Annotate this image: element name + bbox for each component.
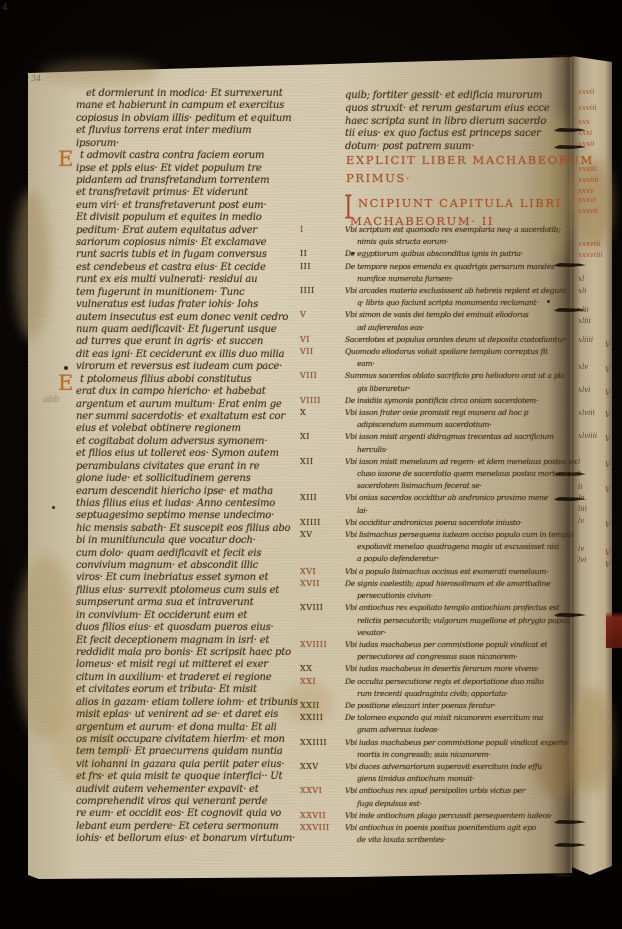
capitulum-text: Vbi scriptum est quomodo rex exemplaria … <box>345 224 572 248</box>
capitulum-numeral: I <box>300 224 345 236</box>
capitulum-text: De insidiis symonis pontificis circa oni… <box>345 395 572 407</box>
manuscript-line: vit iohanni in gazara quia periit pater … <box>76 759 318 771</box>
capitulum-text: Vbi inde antiochum plaga percussit perse… <box>345 810 572 822</box>
capitulum-text: Vbi iudas machabeus in desertis ferarum … <box>345 663 572 675</box>
capitulum-text: Quomodo eliodorus voluit spoliare templu… <box>345 346 572 370</box>
capitulum-row: XXVIIVbi inde antiochum plaga percussit … <box>300 810 572 822</box>
capitulum-text: Summus sacerdos oblato sacrificio pro he… <box>345 370 572 394</box>
capitulum-text: Vbi antiochus rex expoliato templo antio… <box>345 602 572 639</box>
manuscript-line: bi in munitiuncula que vocatur doch· <box>76 535 318 547</box>
manuscript-line: tem templi· Et praecurrens quidam nuntia <box>76 746 318 758</box>
fore-edge-numeral: xlviii <box>578 409 595 417</box>
fore-edge-numeral: xxvii <box>578 88 594 96</box>
capitulum-numeral: V <box>300 309 345 321</box>
capitulum-row: XVbi iason frater onie promisit regi mun… <box>300 407 572 431</box>
capitulum-line: q· libris quo faciunt scripta monumenta … <box>345 297 572 309</box>
capitulum-numeral: XI <box>300 431 345 443</box>
capitulum-row: XXIDe occulta persecutione regis et depo… <box>300 676 572 700</box>
capitulum-line: Vbi antiochus in poenis positus poeniten… <box>345 822 572 834</box>
capitulum-line: Vbi iudas machabeus in desertis ferarum … <box>345 663 572 675</box>
manuscript-line: duos filios eius· et quosdam pueros eius… <box>76 622 318 634</box>
capitulum-line: expoliavit menelao quadragena magis ut e… <box>345 541 573 553</box>
fore-edge-glyph: V <box>605 560 610 569</box>
capitulum-line: Quomodo eliodorus voluit spoliare templu… <box>345 346 572 358</box>
capitulum-line: De occulta persecutione regis et deporta… <box>345 676 572 688</box>
manuscript-photo: 4 34 abb et dormierunt in modica· Et sur… <box>0 0 622 929</box>
manuscript-line: est cendebeus et castra eius· Et cecide <box>76 262 318 274</box>
capitulum-row: VISacerdotes et populus orantes deum ut … <box>300 334 572 346</box>
capitulum-line: De positione eleazari inter poenas ferat… <box>345 700 572 712</box>
capitulum-numeral: VII <box>300 346 345 358</box>
capitulum-numeral: XIII <box>300 492 345 504</box>
capitulum-row: XXVbi iudas machabeus in desertis feraru… <box>300 663 572 675</box>
capitulum-row: XXVVbi duces adversariorum superavit exe… <box>300 761 572 785</box>
capitulum-row: VVbi simon de vasis dei templo dei eminu… <box>300 309 572 333</box>
capitulum-line: adipiscendum summum sacerdotium· <box>345 419 572 431</box>
capitulum-text: De egyptiorum quibus absconditus ignis i… <box>345 248 572 260</box>
capitulum-line: Vbi a populo lisimachus occisus est exon… <box>345 566 572 578</box>
fore-edge-numeral: lii <box>578 494 585 502</box>
fore-edge-numeral: l <box>578 458 580 466</box>
capitulum-numeral: XXVIII <box>300 822 345 834</box>
fore-edge-glyph: V <box>605 460 610 469</box>
fore-edge-numeral: xli <box>578 287 586 295</box>
text-column-left: et dormierunt in modica· Et surrexeruntm… <box>76 88 318 846</box>
fore-edge-numeral: xlviiii <box>578 432 597 440</box>
manuscript-line: Et fecit deceptionem magnam in isrl· et <box>76 635 318 647</box>
capitulum-text: Vbi iudas machabeus per commixtione popu… <box>345 639 572 663</box>
capitulum-row: XXIIIDe tolomeo expando qui misit nicano… <box>300 712 572 736</box>
folio-number: 34 <box>31 74 41 83</box>
manuscript-line: num quam aedificavit· Et fugerunt usque <box>76 324 318 336</box>
manuscript-line: argentum et aurum multum· Erat enim ge <box>76 399 318 411</box>
capitulum-row: IVbi scriptum est quomodo rex exemplaria… <box>300 224 572 248</box>
capitula-list: IVbi scriptum est quomodo rex exemplaria… <box>300 224 572 846</box>
capitulum-numeral: XVII <box>300 578 345 590</box>
capitulum-line: Summus sacerdos oblato sacrificio pro he… <box>345 370 572 382</box>
capitulum-numeral: XXIIII <box>300 737 345 749</box>
capitulum-line: cluso iasone de sacerdotio quem menelaus… <box>345 468 580 480</box>
manuscript-line: mane et habierunt in campum et exercitus <box>76 100 318 112</box>
capitulum-row: XIIIIVbi occiditur andronicus poena sace… <box>300 517 572 529</box>
margin-note: abb <box>43 395 59 405</box>
capitulum-line: eam· <box>345 358 572 370</box>
capitulum-line: Vbi antiochus rex apud persipolim urbis … <box>345 785 572 797</box>
manuscript-line: eum viri· et transfretaverunt post eum· <box>76 200 318 212</box>
capitulum-line: nimis quis structa eorum· <box>345 236 572 248</box>
manuscript-line: quib; fortiter gessit· et edificia muror… <box>345 90 569 103</box>
fore-edge-glyph: V <box>605 434 610 443</box>
manuscript-line: perambulans civitates que erant in re <box>76 461 318 473</box>
manuscript-line: Et divisit populum et equites in medio <box>76 212 318 224</box>
capitulum-text: Sacerdotes et populus orantes deum ut de… <box>345 334 572 346</box>
capitulum-numeral: XVI <box>300 566 345 578</box>
fore-edge-numeral: xxxvi <box>578 196 596 204</box>
fore-edge-numeral: xxx <box>578 118 590 126</box>
manuscript-line: copiosus in obviam illis· peditum et equ… <box>76 113 318 125</box>
capitulum-row: XXIIDe positione eleazari inter poenas f… <box>300 700 572 712</box>
manuscript-line: in convivium· Et occiderunt eum et <box>76 610 318 622</box>
capitulum-line: Vbi occiditur andronicus poena sacerdote… <box>345 517 572 529</box>
fore-edge-numeral: xxxvii <box>578 207 598 215</box>
capitulum-line: numfice numerata furnem· <box>345 273 572 285</box>
manuscript-line: et transfretavit primus· Et viderunt <box>76 187 318 199</box>
capitulum-line: Vbi iudas machabeus per commixtione popu… <box>345 737 572 749</box>
capitulum-row: XVIIDe signis caelestib; apud hierosolim… <box>300 578 572 602</box>
capitulum-line: de vita laxata scribentes· <box>345 834 572 846</box>
capitulum-numeral: III <box>300 261 345 273</box>
fore-edge-numeral: xlvi <box>578 386 590 394</box>
fore-edge-glyph: V <box>605 520 610 529</box>
manuscript-line: ad turres que erant in agris· et succen <box>76 336 318 348</box>
fore-edge-numeral: xliii <box>578 317 591 325</box>
manuscript-line: dit eas igni· Et ceciderunt ex illis duo… <box>76 349 318 361</box>
manuscript-line: erat dux in campo hiericho· et habebat <box>76 386 318 398</box>
manuscript-line: et fluvius torrens erat inter medium <box>76 125 318 137</box>
capitulum-text: Vbi iason frater onie promisit regi mune… <box>345 407 572 431</box>
capitulum-text: Vbi lisimachus persequens iudeam occiso … <box>345 529 573 566</box>
manuscript-line: tem fugerunt in munitionem· Tunc <box>76 287 318 299</box>
capitulum-text: Vbi antiochus in poenis positus poeniten… <box>345 822 572 846</box>
capitulum-line: Vbi iason misit argenti didragmas trecen… <box>345 431 572 443</box>
capitulum-numeral: XIIII <box>300 517 345 529</box>
capitulum-row: IIIIVbi arcades materia exclusissent ab … <box>300 285 572 309</box>
manuscript-line: ipsorum· <box>76 138 318 150</box>
capitulum-text: Vbi duces adversariorum superavit exerci… <box>345 761 572 785</box>
capitulum-line: gnam adversus iudeos· <box>345 724 572 736</box>
manuscript-line: haec scripta sunt in libro dierum sacerd… <box>345 116 569 129</box>
fore-edge-glyph: V <box>605 410 610 419</box>
ink-speck <box>52 506 55 509</box>
capitulum-numeral: XXII <box>300 700 345 712</box>
capitulum-line: Vbi onias sacerdos occiditur ab andronic… <box>345 492 572 504</box>
capitulum-line: lai· <box>345 505 572 517</box>
capitulum-numeral: XXVII <box>300 810 345 822</box>
capitulum-numeral: X <box>300 407 345 419</box>
capitulum-line: sacerdotem lisimachum fecerat se· <box>345 480 580 492</box>
manuscript-line: t admovit castra contra faciem eorum <box>76 150 318 162</box>
capitulum-row: XXVIVbi antiochus rex apud persipolim ur… <box>300 785 572 809</box>
capitulum-numeral: VIII <box>300 370 345 382</box>
capitulum-line: Vbi iason frater onie promisit regi mune… <box>345 407 572 419</box>
manuscript-line: et frs· et quia misit te quoque interfic… <box>76 771 318 783</box>
fore-edge-glyph: V <box>605 548 610 557</box>
capitulum-numeral: VI <box>300 334 345 346</box>
manuscript-line: hic mensis sabath· Et suscepit eos filiu… <box>76 523 318 535</box>
capitulum-text: De positione eleazari inter poenas ferat… <box>345 700 572 712</box>
capitulum-line: ad auferendas eas· <box>345 322 572 334</box>
capitulum-row: XVIIIIVbi iudas machabeus per commixtion… <box>300 639 572 663</box>
fore-edge-numeral: xxxi <box>578 129 592 137</box>
manuscript-line: et dormierunt in modica· Et surrexerunt <box>76 88 318 100</box>
capitulum-numeral: XII <box>300 456 345 468</box>
manuscript-line: septuagesimo septimo mense undecimo· <box>76 510 318 522</box>
capitulum-line: persecutionis civium· <box>345 590 572 602</box>
fore-edge-numeral: lvi <box>578 556 586 564</box>
capitulum-line: De insidiis symonis pontificis circa oni… <box>345 395 572 407</box>
capitulum-line: De signis caelestib; apud hierosolimam e… <box>345 578 572 590</box>
manuscript-line: runt ex eis multi vulnerati· residui au <box>76 274 318 286</box>
rubric-explicit-line1: EXPLICIT LIBER MACHABEORUM <box>346 153 594 167</box>
rubric-incipit-line1: NCIPIUNT CAPITULA LIBRI <box>358 196 562 210</box>
manuscript-line: et cogitabat dolum adversus symonem· <box>76 436 318 448</box>
fore-edge-numeral: liii <box>578 505 587 513</box>
manuscript-line: lomeus· et misit regi ut mitteret ei exe… <box>76 659 318 671</box>
capitulum-numeral: XV <box>300 529 345 541</box>
fore-edge-numerals: xxviixxviiixxxxxxixxxiixxxiiixxxiiiixxxv… <box>572 0 622 929</box>
fore-edge-numeral: xxxviii <box>578 240 601 248</box>
manuscript-line: iohis· et bellorum eius· et bonarum virt… <box>76 833 318 845</box>
manuscript-line: re eum· et occidit eos· Et cognovit quia… <box>76 808 318 820</box>
capitulum-text: Vbi a populo lisimachus occisus est exon… <box>345 566 572 578</box>
capitulum-line: relictis persecutorib; vulgorum magellon… <box>345 615 572 627</box>
manuscript-line: argentum et aurum· et dona multa· Et ali <box>76 722 318 734</box>
fore-edge-numeral: xxxv <box>578 187 594 195</box>
manuscript-line: convivium magnum· et abscondit illic <box>76 560 318 572</box>
ink-speck <box>64 366 68 370</box>
capitulum-text: Vbi iudas machabeus per commixtione popu… <box>345 737 572 761</box>
manuscript-line: os misit occupare civitatem hierlm· et m… <box>76 734 318 746</box>
capitulum-numeral: IIII <box>300 285 345 297</box>
capitulum-line: a populo defenderetur· <box>345 553 573 565</box>
capitulum-row: XIVbi iason misit argenti didragmas trec… <box>300 431 572 455</box>
capitulum-row: XIIVbi iason misit menelaum ad regem· et… <box>300 456 572 493</box>
fore-edge-glyph: V <box>605 340 610 349</box>
capitulum-line: Vbi arcades materia exclusissent ab hebr… <box>345 285 572 297</box>
manuscript-line: sumpserunt arma sua et intraverunt <box>76 597 318 609</box>
capitulum-text: De signis caelestib; apud hierosolimam e… <box>345 578 572 602</box>
capitulum-line: Vbi simon de vasis dei templo dei eminui… <box>345 309 572 321</box>
capitulum-row: XXVIIIVbi antiochus in poenis positus po… <box>300 822 572 846</box>
capitulum-row: XVVbi lisimachus persequens iudeam occis… <box>300 529 572 566</box>
capitulum-text: Vbi onias sacerdos occiditur ab andronic… <box>345 492 572 516</box>
fore-edge-numeral: xl <box>578 275 584 283</box>
manuscript-line: pidantem ad transfretandum torrentem <box>76 175 318 187</box>
capitulum-line: Vbi duces adversariorum superavit exerci… <box>345 761 572 773</box>
manuscript-line: audivit autem vehementer expavit· et <box>76 784 318 796</box>
manuscript-line: gione iude· et sollicitudinem gerens <box>76 473 318 485</box>
manuscript-line: thias filius eius et iudas· Anno centesi… <box>76 498 318 510</box>
manuscript-line: earum descendit hiericho ipse· et matha <box>76 486 318 498</box>
manuscript-line: autem insecutus est eum donec venit cedr… <box>76 312 318 324</box>
capitulum-line: mortis in congressib; suis nicanorem· <box>345 749 572 761</box>
capitulum-numeral: XVIII <box>300 602 345 614</box>
fore-edge-numeral: xxxiiii <box>578 176 599 184</box>
capitulum-line: Vbi iudas machabeus per commixtione popu… <box>345 639 572 651</box>
capitulum-text: Vbi antiochus rex apud persipolim urbis … <box>345 785 572 809</box>
capitulum-text: Vbi arcades materia exclusissent ab hebr… <box>345 285 572 309</box>
drop-cap-initial: E <box>58 147 76 171</box>
capitulum-text: Vbi iason misit menelaum ad regem· et id… <box>345 456 580 493</box>
capitulum-row: VIIIIDe insidiis symonis pontificis circ… <box>300 395 572 407</box>
fore-edge-numeral: li <box>578 483 582 491</box>
manuscript-line: alios in gazam· etiam tollere iohm· et t… <box>76 697 318 709</box>
capitulum-line: fuga depulsus est· <box>345 798 572 810</box>
capitulum-numeral: XXIII <box>300 712 345 724</box>
manuscript-line: t ptolomeus filius abobi constitutus <box>76 374 318 386</box>
capitulum-text: Vbi occiditur andronicus poena sacerdote… <box>345 517 572 529</box>
rubric-explicit-line2: PRIMUS· <box>346 171 411 185</box>
text-column-right-continuation: quib; fortiter gessit· et edificia muror… <box>345 90 569 154</box>
capitulum-numeral: XVIIII <box>300 639 345 651</box>
capitulum-line: De tempore nepos emenda ex quadrigis per… <box>345 261 572 273</box>
manuscript-line: ipse et ppls eius· Et videt populum tre <box>76 163 318 175</box>
manuscript-line: eius et volebat obtinere regionem <box>76 423 318 435</box>
manuscript-line: quos struxit· et rerum gestarum eius ecc… <box>345 103 569 116</box>
manuscript-line: ner summi sacerdotis· et exaltatum est c… <box>76 411 318 423</box>
capitulum-line: gis liberaretur· <box>345 383 572 395</box>
manuscript-line: sariorum copiosus nimis· Et exclamave <box>76 237 318 249</box>
manuscript-line: runt sacris tubis et in fugam conversus <box>76 249 318 261</box>
manuscript-line: lebant eum perdere· Et cetera sermonum <box>76 821 318 833</box>
capitulum-numeral: VIIII <box>300 395 345 407</box>
manuscript-line: virorum et reversus est iudeam cum pace· <box>76 361 318 373</box>
manuscript-line: cum dolo· quam aedificavit et fecit eis <box>76 548 318 560</box>
fore-edge-numeral: xxxiii <box>578 165 597 173</box>
manuscript-line: misit eplas· ut venirent ad se· et daret… <box>76 709 318 721</box>
capitulum-numeral: II <box>300 248 345 260</box>
fore-edge-glyph: V <box>605 365 610 374</box>
capitulum-line: persecutores ad congressus suos nicanore… <box>345 651 572 663</box>
capitulum-row: VIIQuomodo eliodorus voluit spoliare tem… <box>300 346 572 370</box>
capitulum-line: Vbi lisimachus persequens iudeam occiso … <box>345 529 573 541</box>
manuscript-line: peditum· Erat autem equitatus adver <box>76 225 318 237</box>
capitulum-text: Vbi simon de vasis dei templo dei eminui… <box>345 309 572 333</box>
manuscript-line: viros· Et cum inebriatus esset symon et <box>76 572 318 584</box>
capitulum-numeral: XXVI <box>300 785 345 797</box>
fore-edge-numeral: xliiii <box>578 336 593 344</box>
capitulum-line: rum trecenti quadraginta civib; apportat… <box>345 688 572 700</box>
manuscript-line: tii eius· ex quo factus est princeps sac… <box>345 128 569 141</box>
capitulum-numeral: XXV <box>300 761 345 773</box>
capitulum-line: Sacerdotes et populus orantes deum ut de… <box>345 334 572 346</box>
manuscript-line: reddidit mala pro bonis· Et scripsit hae… <box>76 647 318 659</box>
fore-edge-glyph: V <box>605 485 610 494</box>
capitulum-row: IIIDe tempore nepos emenda ex quadrigis … <box>300 261 572 285</box>
photo-corner-mark: 4 <box>2 3 8 13</box>
fore-edge-numeral: lv <box>578 517 584 525</box>
fore-edge-numeral: lv <box>578 545 584 553</box>
manuscript-line: et filios eius ut tolleret eos· Symon au… <box>76 448 318 460</box>
capitulum-line: Vbi antiochus rex expoliato templo antio… <box>345 602 572 614</box>
capitulum-line: De tolomeo expando qui misit nicanorem e… <box>345 712 572 724</box>
fore-edge-numeral: xxviii <box>578 104 597 112</box>
capitulum-text: Vbi iason misit argenti didragmas trecen… <box>345 431 572 455</box>
fore-edge-numeral: xxxii <box>578 140 594 148</box>
fore-edge-numeral: xlv <box>578 363 588 371</box>
capitulum-row: IIDe egyptiorum quibus absconditus ignis… <box>300 248 572 260</box>
capitulum-line: herculis· <box>345 444 572 456</box>
manuscript-line: citum in auxilium· et traderet ei region… <box>76 672 318 684</box>
capitulum-row: XIIIVbi onias sacerdos occiditur ab andr… <box>300 492 572 516</box>
capitulum-text: De tempore nepos emenda ex quadrigis per… <box>345 261 572 285</box>
fore-edge-numeral: xlii <box>578 306 589 314</box>
fore-edge-glyph: V <box>605 388 610 397</box>
drop-cap-initial: E <box>58 371 76 395</box>
capitulum-line: Vbi inde antiochum plaga percussit perse… <box>345 810 572 822</box>
capitulum-line: De egyptiorum quibus absconditus ignis i… <box>345 248 572 260</box>
capitulum-row: VIIISummus sacerdos oblato sacrificio pr… <box>300 370 572 394</box>
capitulum-line: Vbi scriptum est quomodo rex exemplaria … <box>345 224 572 236</box>
capitulum-row: XXIIIIVbi iudas machabeus per commixtion… <box>300 737 572 761</box>
manuscript-line: filius eius· surrexit ptolomeus cum suis… <box>76 585 318 597</box>
capitulum-text: De occulta persecutione regis et deporta… <box>345 676 572 700</box>
manuscript-line: et civitates eorum et tributa· Et misit <box>76 684 318 696</box>
manuscript-line: comprehendit viros qui venerant perde <box>76 796 318 808</box>
capitulum-line: vexator· <box>345 627 572 639</box>
manuscript-line: vulneratus est iudas frater iohis· Iohs <box>76 299 318 311</box>
capitulum-row: XVIVbi a populo lisimachus occisus est e… <box>300 566 572 578</box>
capitulum-row: XVIIIVbi antiochus rex expoliato templo … <box>300 602 572 639</box>
capitulum-numeral: XXI <box>300 676 345 688</box>
fore-edge-numeral: xxxviiii <box>578 251 603 259</box>
capitulum-numeral: XX <box>300 663 345 675</box>
capitulum-text: De tolomeo expando qui misit nicanorem e… <box>345 712 572 736</box>
capitulum-line: Vbi iason misit menelaum ad regem· et id… <box>345 456 580 468</box>
capitulum-line: giens timidus antiochum monuit· <box>345 773 572 785</box>
